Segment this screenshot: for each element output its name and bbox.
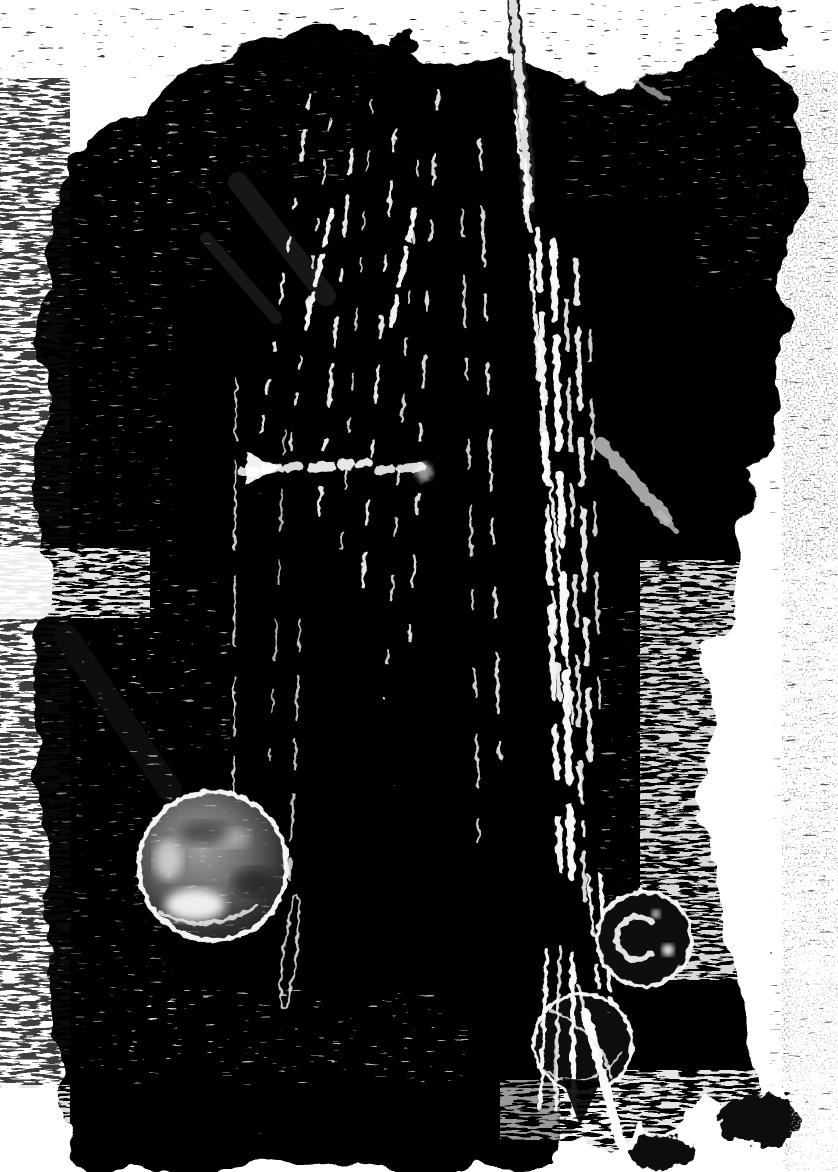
abstract-monotype-artwork xyxy=(0,0,838,1172)
sphere-highlight xyxy=(165,889,225,921)
crescent-circle xyxy=(590,870,710,1010)
bottom-left-corner-grain xyxy=(0,1085,70,1172)
artwork-page xyxy=(0,0,838,1172)
